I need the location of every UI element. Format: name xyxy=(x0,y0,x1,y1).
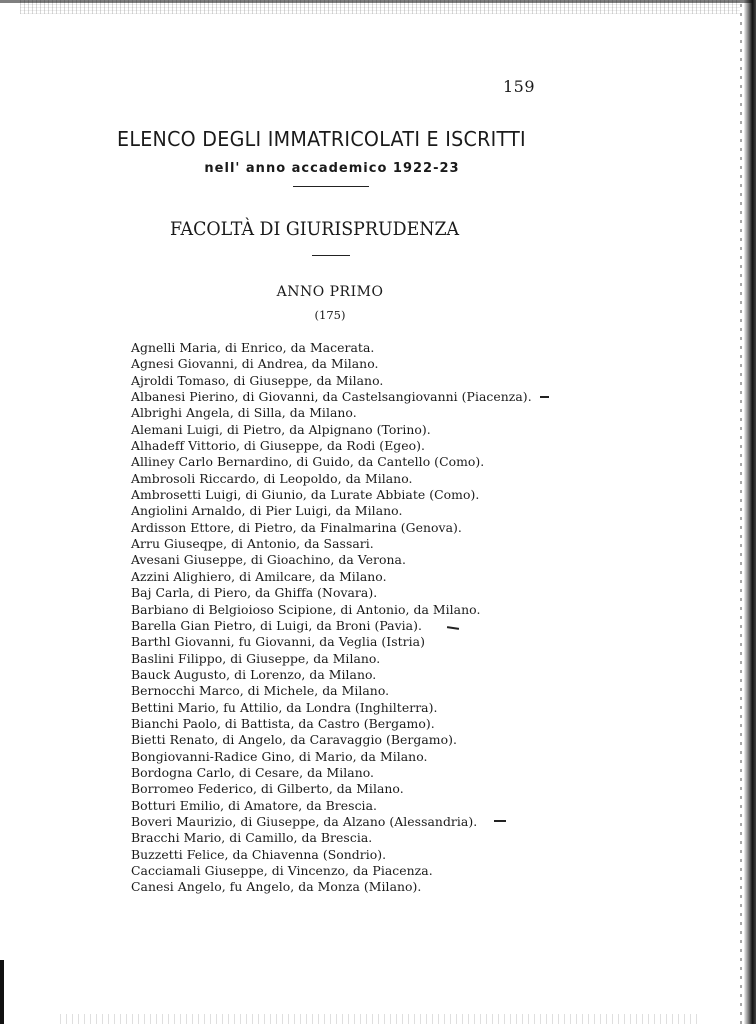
list-item: Baslini Filippo, di Giuseppe, da Milano. xyxy=(131,651,532,667)
list-item: Agnesi Giovanni, di Andrea, da Milano. xyxy=(131,356,532,372)
list-item: Bordogna Carlo, di Cesare, da Milano. xyxy=(131,765,532,781)
list-item: Ajroldi Tomaso, di Giuseppe, da Milano. xyxy=(131,373,532,389)
list-item: Arru Giuseqpe, di Antonio, da Sassari. xyxy=(131,536,532,552)
list-item: Barthl Giovanni, fu Giovanni, da Veglia … xyxy=(131,634,532,650)
divider-rule xyxy=(312,255,350,256)
list-item: Bianchi Paolo, di Battista, da Castro (B… xyxy=(131,716,532,732)
list-item: Albrighi Angela, di Silla, da Milano. xyxy=(131,405,532,421)
list-item: Albanesi Pierino, di Giovanni, da Castel… xyxy=(131,389,532,405)
divider-rule xyxy=(293,186,369,187)
list-item: Bongiovanni-Radice Gino, di Mario, da Mi… xyxy=(131,749,532,765)
list-item: Bauck Augusto, di Lorenzo, da Milano. xyxy=(131,667,532,683)
scan-noise-top xyxy=(20,0,740,14)
list-item: Avesani Giuseppe, di Gioachino, da Veron… xyxy=(131,552,532,568)
scan-left-edge xyxy=(0,960,4,1024)
list-item: Alhadeff Vittorio, di Giuseppe, da Rodi … xyxy=(131,438,532,454)
margin-mark xyxy=(494,820,506,822)
list-item: Alliney Carlo Bernardino, di Guido, da C… xyxy=(131,454,532,470)
list-item: Alemani Luigi, di Pietro, da Alpignano (… xyxy=(131,422,532,438)
list-item: Bietti Renato, di Angelo, da Caravaggio … xyxy=(131,732,532,748)
page-number: 159 xyxy=(503,77,535,96)
page-binding-edge xyxy=(744,0,756,1024)
list-item: Azzini Alighiero, di Amilcare, da Milano… xyxy=(131,569,532,585)
list-item: Barbiano di Belgioioso Scipione, di Anto… xyxy=(131,602,532,618)
list-item: Barella Gian Pietro, di Luigi, da Broni … xyxy=(131,618,532,634)
list-item: Ardisson Ettore, di Pietro, da Finalmari… xyxy=(131,520,532,536)
list-item: Cacciamali Giuseppe, di Vincenzo, da Pia… xyxy=(131,863,532,879)
list-item: Bracchi Mario, di Camillo, da Brescia. xyxy=(131,830,532,846)
list-item: Buzzetti Felice, da Chiavenna (Sondrio). xyxy=(131,847,532,863)
student-count: (175) xyxy=(0,308,660,322)
year-heading: ANNO PRIMO xyxy=(0,284,660,300)
student-list: Agnelli Maria, di Enrico, da Macerata. A… xyxy=(131,340,532,896)
list-item: Agnelli Maria, di Enrico, da Macerata. xyxy=(131,340,532,356)
list-item: Botturi Emilio, di Amatore, da Brescia. xyxy=(131,798,532,814)
faculty-heading: FACOLTÀ DI GIURISPRUDENZA xyxy=(170,219,471,240)
page-subtitle: nell' anno accademico 1922-23 xyxy=(117,161,547,176)
list-item: Bettini Mario, fu Attilio, da Londra (In… xyxy=(131,700,532,716)
scan-noise-right xyxy=(740,0,742,1024)
list-item: Angiolini Arnaldo, di Pier Luigi, da Mil… xyxy=(131,503,532,519)
list-item: Borromeo Federico, di Gilberto, da Milan… xyxy=(131,781,532,797)
list-item: Canesi Angelo, fu Angelo, da Monza (Mila… xyxy=(131,879,532,895)
scanned-page: 159 ELENCO DEGLI IMMATRICOLATI E ISCRITT… xyxy=(0,0,756,1024)
scan-noise-bottom xyxy=(60,1014,700,1024)
list-item: Boveri Maurizio, di Giuseppe, da Alzano … xyxy=(131,814,532,830)
margin-mark xyxy=(540,396,549,398)
list-item: Ambrosoli Riccardo, di Leopoldo, da Mila… xyxy=(131,471,532,487)
list-item: Bernocchi Marco, di Michele, da Milano. xyxy=(131,683,532,699)
list-item: Baj Carla, di Piero, da Ghiffa (Novara). xyxy=(131,585,532,601)
list-item: Ambrosetti Luigi, di Giunio, da Lurate A… xyxy=(131,487,532,503)
page-title: ELENCO DEGLI IMMATRICOLATI E ISCRITTI xyxy=(117,127,517,151)
